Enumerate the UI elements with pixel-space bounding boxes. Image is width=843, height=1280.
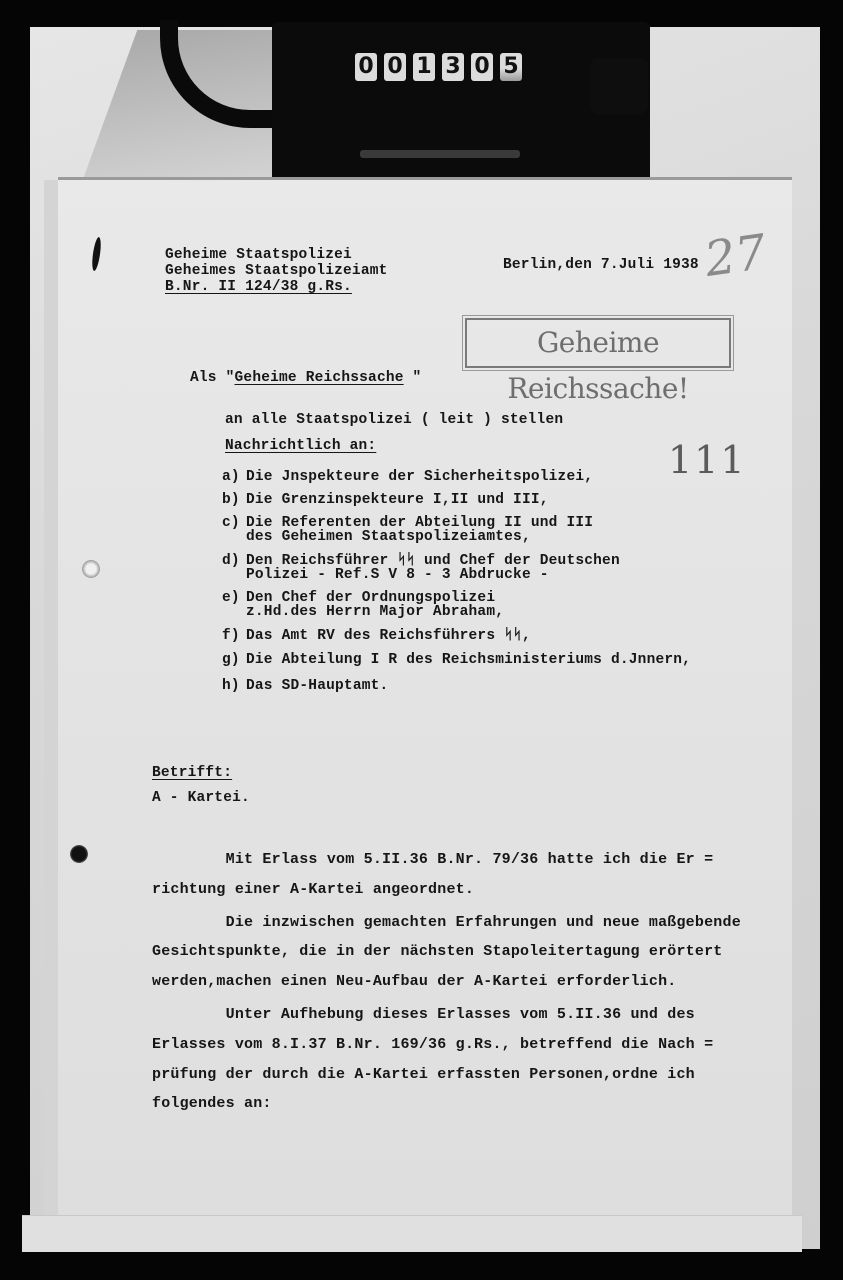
body-line: prüfung der durch die A-Kartei erfassten… — [152, 1067, 695, 1083]
body-line: Mit Erlass vom 5.II.36 B.Nr. 79/36 hatte… — [152, 852, 713, 868]
counter-digit: 0 — [471, 53, 493, 81]
letterhead-line1: Geheime Staatspolizei — [165, 247, 352, 263]
classification-stamp: Geheime Reichssache! — [465, 318, 731, 368]
body-line: Gesichtspunkte, die in der nächsten Stap… — [152, 944, 723, 960]
paper-bottom-edge — [22, 1215, 802, 1252]
body-line: werden,machen einen Neu-Aufbau der A-Kar… — [152, 974, 676, 990]
cc-item-marker: d) — [222, 553, 240, 569]
letterhead-line2: Geheimes Staatspolizeiamt — [165, 263, 388, 279]
cc-item-text: Polizei - Ref.S V 8 - 3 Abdrucke - — [246, 567, 549, 583]
subject-heading: Betrifft: — [152, 765, 232, 781]
punch-hole — [82, 560, 100, 578]
cc-item-text: Die Jnspekteure der Sicherheitspolizei, — [246, 469, 593, 485]
stamped-page-number: 111 — [668, 438, 747, 482]
counter-digit: 5 — [500, 53, 522, 81]
cc-item-marker: e) — [222, 590, 240, 606]
cc-item-text: Die Abteilung I R des Reichsministeriums… — [246, 652, 691, 668]
counter-knob — [590, 58, 648, 114]
counter-slot — [360, 150, 520, 158]
cc-item-text: Die Grenzinspekteure I,II und III, — [246, 492, 549, 508]
cc-item-marker: c) — [222, 515, 240, 531]
date-line: Berlin,den 7.Juli 1938 — [503, 257, 699, 273]
cc-item-marker: b) — [222, 492, 240, 508]
body-line: Unter Aufhebung dieses Erlasses vom 5.II… — [152, 1007, 695, 1023]
cc-item-text: z.Hd.des Herrn Major Abraham, — [246, 604, 504, 620]
classification-line: Als "Geheime Reichssache " — [190, 370, 421, 386]
counter-digit: 1 — [413, 53, 435, 81]
addressee: an alle Staatspolizei ( leit ) stellen — [225, 412, 563, 428]
cc-heading: Nachrichtlich an: — [225, 438, 376, 454]
classification-prefix: Als " — [190, 370, 235, 386]
cc-item-marker: g) — [222, 652, 240, 668]
classification-suffix: " — [404, 370, 422, 386]
cc-item-text: Das SD-Hauptamt. — [246, 678, 388, 694]
body-line: folgendes an: — [152, 1096, 272, 1112]
cc-item-text: des Geheimen Staatspolizeiamtes, — [246, 529, 531, 545]
frame-counter: 0 0 1 3 0 5 — [355, 53, 522, 81]
body-line: Die inzwischen gemachten Erfahrungen und… — [152, 915, 741, 931]
cc-item-marker: f) — [222, 628, 240, 644]
counter-digit: 0 — [355, 53, 377, 81]
classification-label: Geheime Reichssache — [235, 370, 404, 386]
subject-text: A - Kartei. — [152, 790, 250, 806]
body-line: richtung einer A-Kartei angeordnet. — [152, 882, 474, 898]
counter-digit: 3 — [442, 53, 464, 81]
cc-item-text: Das Amt RV des Reichsführers ᛋᛋ, — [246, 628, 531, 644]
reference-number: B.Nr. II 124/38 g.Rs. — [165, 279, 352, 295]
cc-item-marker: a) — [222, 469, 240, 485]
counter-digit: 0 — [384, 53, 406, 81]
punch-hole — [70, 845, 88, 863]
paper-edge — [44, 180, 59, 1230]
handwritten-number: 27 — [701, 224, 769, 288]
body-line: Erlasses vom 8.I.37 B.Nr. 169/36 g.Rs., … — [152, 1037, 713, 1053]
cc-item-marker: h) — [222, 678, 240, 694]
